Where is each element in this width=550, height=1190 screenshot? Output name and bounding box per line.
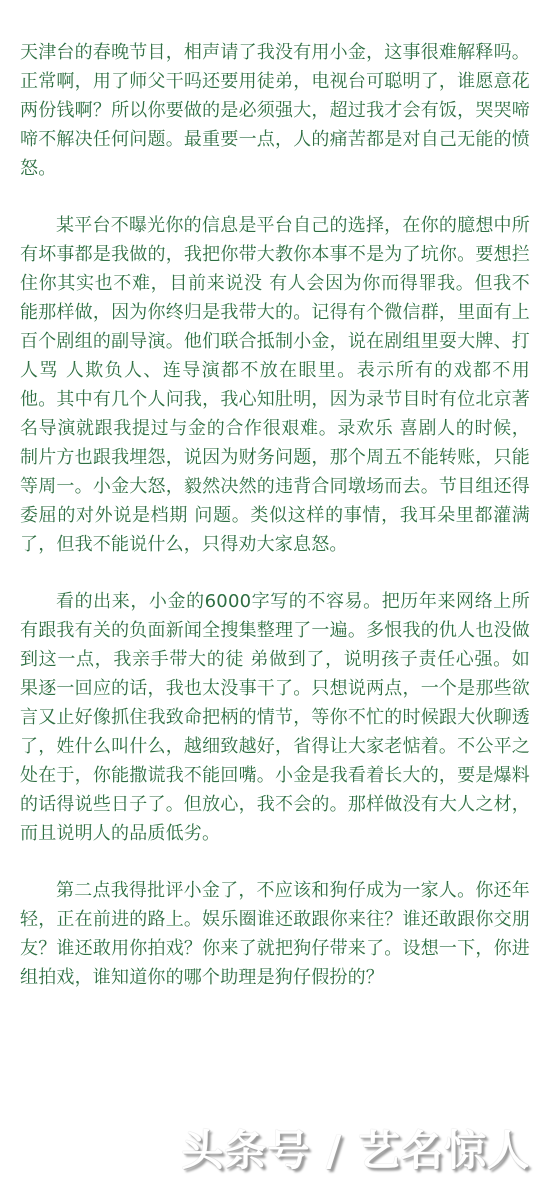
paragraph-4: 第二点我得批评小金了，不应该和狗仔成为一家人。你还年轻，正在前进的路上。娱乐圈谁… <box>20 876 530 992</box>
article-screenshot-page: { "article": { "text_color": "#2d6e41", … <box>0 0 550 1190</box>
paragraph-1: 天津台的春晚节目，相声请了我没有用小金，这事很难解释吗。正常啊，用了师父干吗还要… <box>20 38 530 183</box>
paragraph-3: 看的出来，小金的6000字写的不容易。把历年来网络上所有跟我有关的负面新闻全搜集… <box>20 587 530 848</box>
paragraph-2: 某平台不曝光你的信息是平台自己的选择，在你的臆想中所有坏事都是我做的，我把你带大… <box>20 211 530 559</box>
article-body: 天津台的春晚节目，相声请了我没有用小金，这事很难解释吗。正常啊，用了师父干吗还要… <box>0 0 550 992</box>
toutiao-watermark: 头条号 / 艺名惊人 <box>181 1118 530 1178</box>
